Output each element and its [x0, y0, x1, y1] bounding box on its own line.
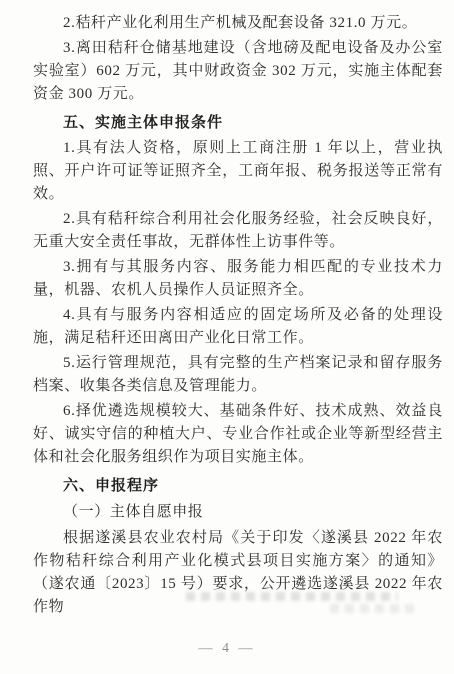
section-heading: 六、申报程序 — [33, 474, 443, 497]
ink-bleed-through-artifact — [186, 592, 398, 601]
document-body: 2.秸秆产业化利用生产机械及配套设备 321.0 万元。3.离田秸秆仓储基地建设… — [33, 12, 443, 621]
paragraph: 2.具有秸秆综合利用社会化服务经验，社会反映良好，无重大安全责任事故，无群体性上… — [33, 208, 443, 254]
paragraph: 3.离田秸秆仓储基地建设（含地磅及配电设备及办公室实验室）602 万元，其中财政… — [33, 37, 443, 106]
scanned-document-page: 2.秸秆产业化利用生产机械及配套设备 321.0 万元。3.离田秸秆仓储基地建设… — [0, 0, 454, 674]
page-number: — 4 — — [0, 641, 454, 657]
ink-bleed-through-artifact — [330, 604, 414, 613]
paragraph: 2.秸秆产业化利用生产机械及配套设备 321.0 万元。 — [33, 12, 443, 35]
paragraph: 3.拥有与其服务内容、服务能力相匹配的专业技术力量，机器、农机人员操作人员证照齐… — [33, 256, 443, 302]
section-heading: 五、实施主体申报条件 — [33, 111, 443, 134]
paragraph: 6.择优遴选规模较大、基础条件好、技术成熟、效益良好、诚实守信的种植大户、专业合… — [33, 400, 443, 469]
paragraph: 1.具有法人资格，原则上工商注册 1 年以上，营业执照、开户许可证等证照齐全，工… — [33, 137, 443, 206]
paragraph: 4.具有与服务内容相适应的固定场所及必备的处理设施，满足秸秆还田离田产业化日常工… — [33, 304, 443, 350]
sub-section-heading: （一）主体自愿申报 — [33, 501, 443, 524]
paragraph: 5.运行管理规范，具有完整的生产档案记录和留存服务档案、收集各类信息及管理能力。 — [33, 352, 443, 398]
